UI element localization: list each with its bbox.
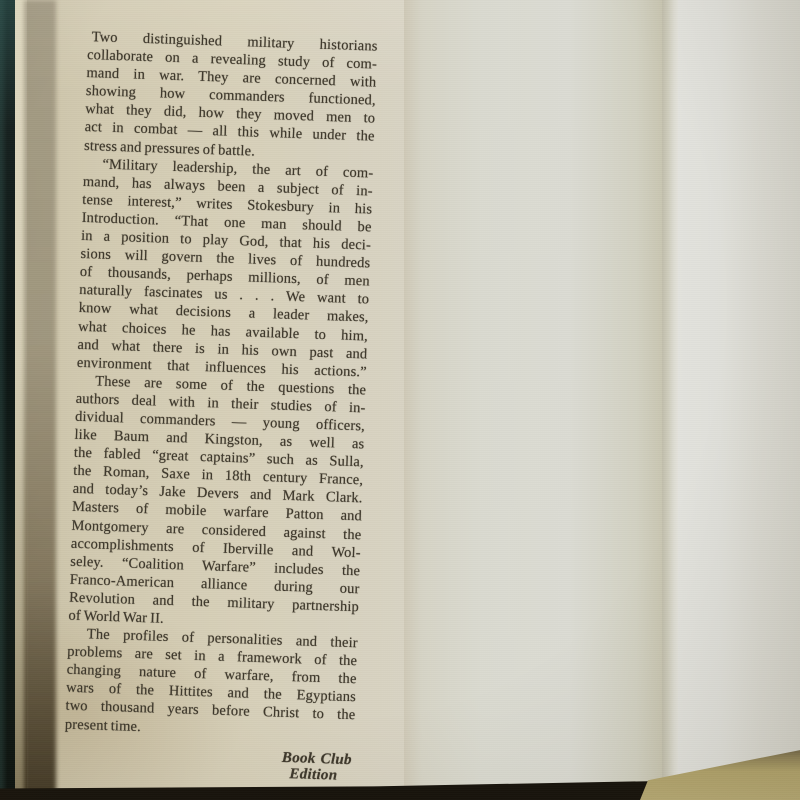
paragraph: Two distinguished military historianscol… <box>84 28 378 164</box>
book-jacket-flap-photo: Two distinguished military historianscol… <box>0 0 800 800</box>
flap-text-block: Two distinguished military historianscol… <box>63 28 378 785</box>
flap-paragraphs: Two distinguished military historianscol… <box>65 28 378 743</box>
paragraph: “Military leadership, the art of com-man… <box>77 155 374 382</box>
paragraph: These are some of the questions theautho… <box>68 372 366 635</box>
page-gutter-seam <box>662 0 678 800</box>
book-cover-spine-edge <box>0 0 16 800</box>
endpaper-page <box>678 0 800 800</box>
flap-fold-shadow <box>24 0 56 800</box>
book-page <box>404 0 662 800</box>
paragraph: The profiles of personalities and theirp… <box>65 625 358 743</box>
